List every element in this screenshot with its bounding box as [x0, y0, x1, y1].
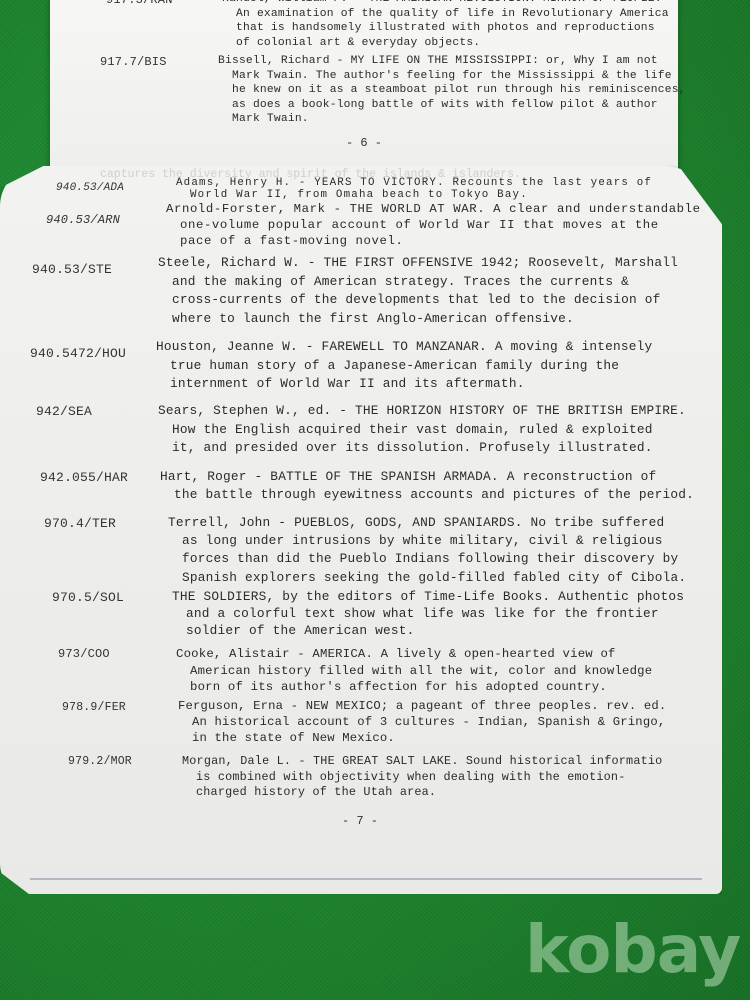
entry-text: THE SOLDIERS, by the editors of Time-Lif… — [172, 588, 684, 639]
entry-line: Hart, Roger - BATTLE OF THE SPANISH ARMA… — [160, 468, 694, 486]
entry-line: charged history of the Utah area. — [182, 785, 662, 801]
entry-line: THE SOLDIERS, by the editors of Time-Lif… — [172, 588, 684, 605]
page-6-sheet: 917.3/RAN Randel, William P. - THE AMERI… — [50, 0, 678, 175]
call-number: 940.53/STE — [32, 262, 112, 279]
entry-text: Sears, Stephen W., ed. - THE HORIZON HIS… — [158, 402, 686, 458]
call-number: 940.53/ADA — [56, 180, 124, 197]
call-number: 970.5/SOL — [52, 590, 124, 607]
entry-line: Sears, Stephen W., ed. - THE HORIZON HIS… — [158, 402, 686, 421]
entry-text: Adams, Henry H. - YEARS TO VICTORY. Reco… — [176, 177, 652, 201]
entry-line: true human story of a Japanese-American … — [156, 357, 652, 376]
entry-line: An examination of the quality of life in… — [222, 7, 669, 22]
entry-line: forces than did the Pueblo Indians follo… — [168, 550, 686, 568]
entry-line: Houston, Jeanne W. - FAREWELL TO MANZANA… — [156, 338, 652, 357]
call-number: 917.7/BIS — [100, 54, 167, 71]
entry-text: Terrell, John - PUEBLOS, GODS, AND SPANI… — [168, 514, 686, 587]
entry-line: is combined with objectivity when dealin… — [182, 770, 662, 786]
entry-line: internment of World War II and its after… — [156, 375, 652, 394]
entry-line: Terrell, John - PUEBLOS, GODS, AND SPANI… — [168, 514, 686, 532]
entry-line: in the state of New Mexico. — [178, 730, 666, 746]
entry-line: as long under intrusions by white milita… — [168, 532, 686, 550]
entry-text: Arnold-Forster, Mark - THE WORLD AT WAR.… — [166, 201, 701, 249]
entry-line: he knew on it as a steamboat pilot run t… — [218, 83, 686, 98]
call-number: 942.055/HAR — [40, 470, 128, 487]
entry-text: Ferguson, Erna - NEW MEXICO; a pageant o… — [178, 698, 666, 746]
entry-line: and a colorful text show what life was l… — [172, 605, 684, 622]
page-number: - 6 - — [346, 136, 382, 150]
entry-line: Mark Twain. The author's feeling for the… — [218, 69, 686, 84]
call-number: 940.5472/HOU — [30, 346, 126, 363]
entry-line: Mark Twain. — [218, 112, 686, 127]
entry-line: Arnold-Forster, Mark - THE WORLD AT WAR.… — [166, 201, 701, 217]
call-number: 940.53/ARN — [46, 212, 120, 229]
kobay-watermark: kobay — [525, 917, 740, 983]
call-number: 973/COO — [58, 646, 110, 663]
entry-text: Randel, William P. - THE AMERICAN REVOLU… — [222, 0, 669, 50]
entry-line: cross-currents of the developments that … — [158, 291, 678, 310]
entry-line: How the English acquired their vast doma… — [158, 421, 686, 440]
entry-text: Bissell, Richard - MY LIFE ON THE MISSIS… — [218, 54, 686, 127]
entry-line: Ferguson, Erna - NEW MEXICO; a pageant o… — [178, 698, 666, 714]
entry-text: Steele, Richard W. - THE FIRST OFFENSIVE… — [158, 254, 678, 328]
entry-line: the battle through eyewitness accounts a… — [160, 486, 694, 504]
entry-line: Steele, Richard W. - THE FIRST OFFENSIVE… — [158, 254, 678, 273]
call-number: 978.9/FER — [62, 700, 126, 717]
entry-line: of colonial art & everyday objects. — [222, 36, 669, 51]
entry-line: Adams, Henry H. - YEARS TO VICTORY. Reco… — [176, 177, 652, 189]
entry-text: Cooke, Alistair - AMERICA. A lively & op… — [176, 646, 652, 696]
entry-line: Spanish explorers seeking the gold-fille… — [168, 569, 686, 587]
entry-line: soldier of the American west. — [172, 622, 684, 639]
call-number: 970.4/TER — [44, 516, 116, 533]
entry-line: as does a book-long battle of wits with … — [218, 98, 686, 113]
entry-line: World War II, from Omaha beach to Tokyo … — [176, 189, 652, 201]
entry-line: born of its author's affection for his a… — [176, 679, 652, 696]
entry-line: An historical account of 3 cultures - In… — [178, 714, 666, 730]
entry-line: Randel, William P. - THE AMERICAN REVOLU… — [222, 0, 669, 7]
call-number: 979.2/MOR — [68, 754, 132, 771]
entry-line: where to launch the first Anglo-American… — [158, 310, 678, 329]
entry-line: Bissell, Richard - MY LIFE ON THE MISSIS… — [218, 54, 686, 69]
entry-text: Hart, Roger - BATTLE OF THE SPANISH ARMA… — [160, 468, 694, 504]
entry-line: it, and presided over its dissolution. P… — [158, 439, 686, 458]
call-number: 917.3/RAN — [106, 0, 173, 9]
call-number: 942/SEA — [36, 404, 92, 421]
page-number: - 7 - — [342, 814, 378, 828]
entry-text: Houston, Jeanne W. - FAREWELL TO MANZANA… — [156, 338, 652, 394]
entry-line: pace of a fast-moving novel. — [166, 233, 701, 249]
entry-line: Morgan, Dale L. - THE GREAT SALT LAKE. S… — [182, 754, 662, 770]
entry-line: American history filled with all the wit… — [176, 663, 652, 680]
entry-line: and the making of American strategy. Tra… — [158, 273, 678, 292]
page-7-sheet: captures the diversity and spirit of the… — [0, 166, 722, 894]
entry-line: that is handsomely illustrated with phot… — [222, 21, 669, 36]
entry-text: Morgan, Dale L. - THE GREAT SALT LAKE. S… — [182, 754, 662, 801]
entry-line: one-volume popular account of World War … — [166, 217, 701, 233]
entry-line: Cooke, Alistair - AMERICA. A lively & op… — [176, 646, 652, 663]
